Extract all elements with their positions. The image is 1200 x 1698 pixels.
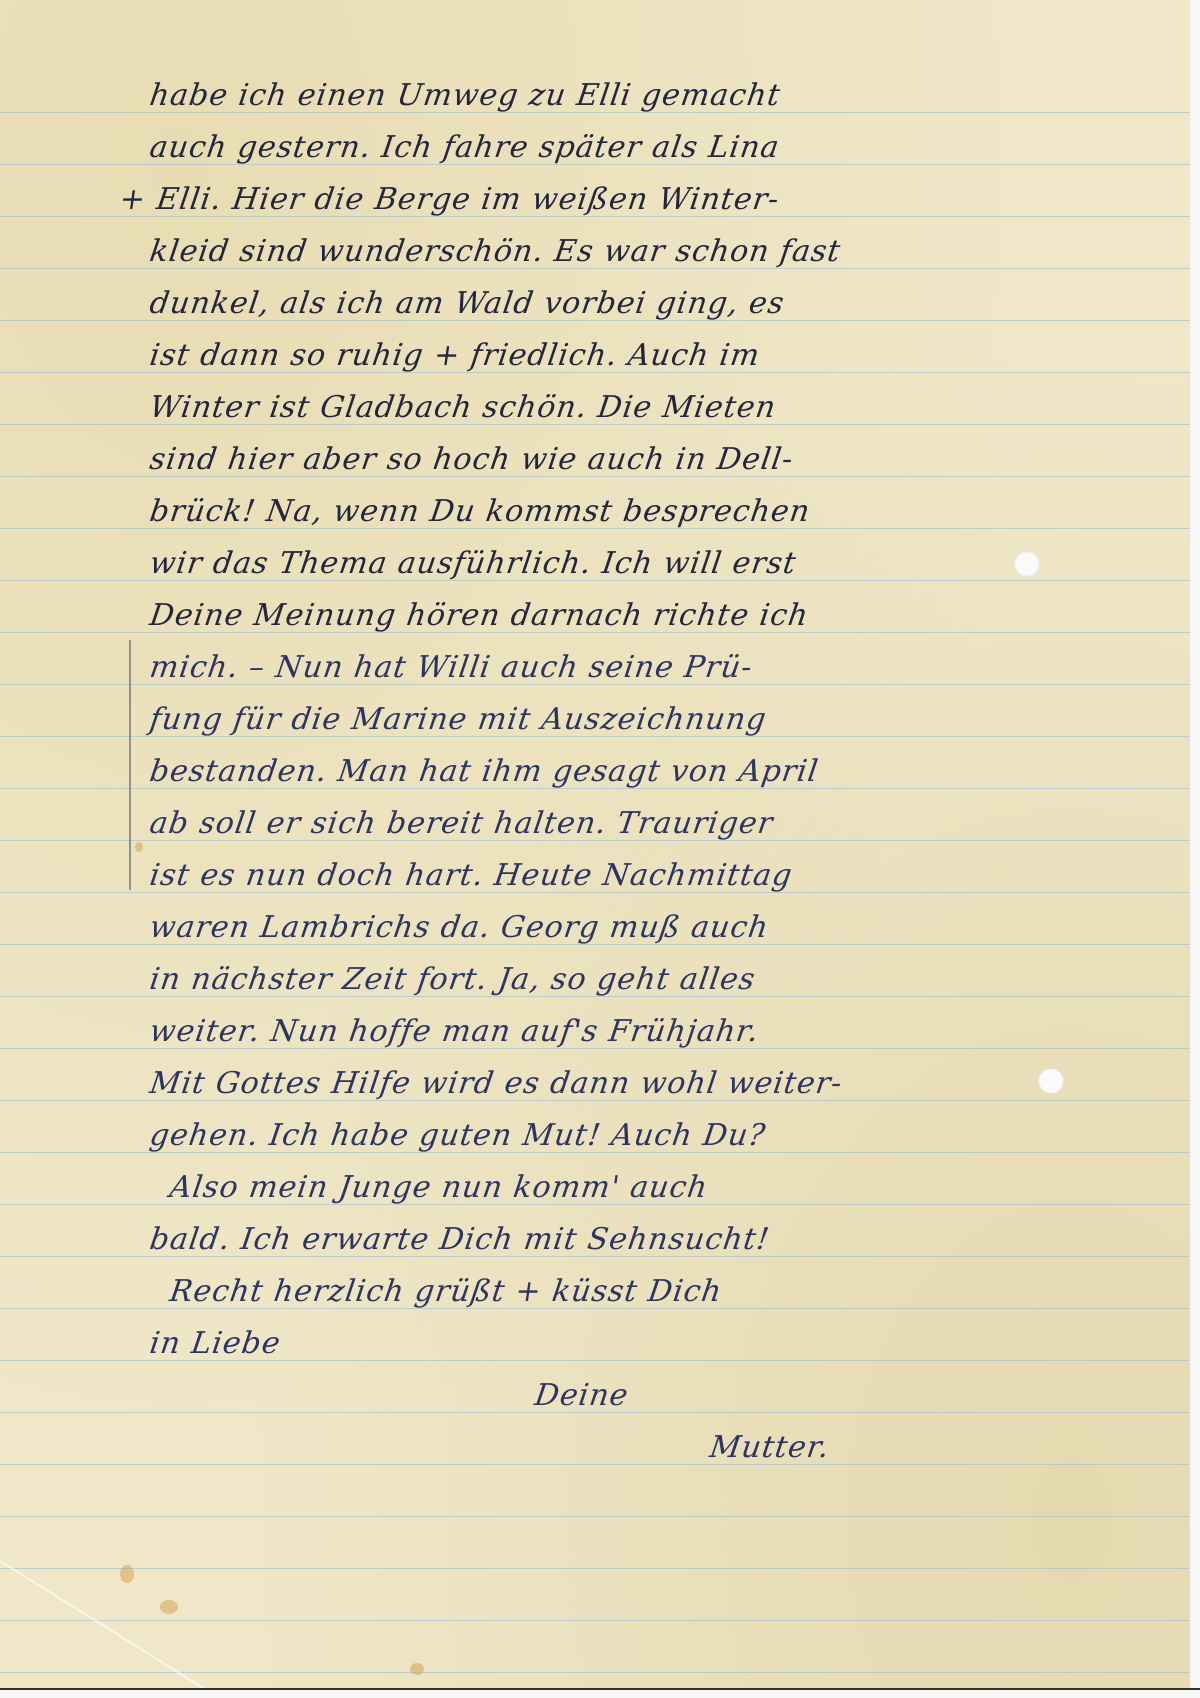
fold-crease	[0, 1560, 204, 1689]
letter-line: weiter. Nun hoffe man auf's Frühjahr.	[148, 1014, 762, 1049]
letter-line: Recht herzlich grüßt + küsst Dich	[168, 1274, 725, 1309]
punch-hole	[1038, 1068, 1064, 1094]
letter-line: in Liebe	[148, 1326, 284, 1361]
stain	[410, 1663, 424, 1675]
letter-line: Deine Meinung hören darnach richte ich	[148, 598, 811, 633]
letter-line: fung für die Marine mit Auszeichnung	[148, 702, 769, 737]
letter-line: + Elli. Hier die Berge im weißen Winter-	[118, 182, 782, 217]
letter-line: mich. – Nun hat Willi auch seine Prü-	[148, 650, 755, 685]
letter-closing: Deine	[533, 1378, 631, 1413]
letter-line: ist es nun doch hart. Heute Nachmittag	[148, 858, 795, 893]
letter-line: bald. Ich erwarte Dich mit Sehnsucht!	[148, 1222, 773, 1257]
letter-line: Winter ist Gladbach schön. Die Mieten	[148, 390, 779, 425]
ruled-line	[0, 1620, 1190, 1621]
ruled-line	[0, 1464, 1190, 1465]
letter-line: sind hier aber so hoch wie auch in Dell-	[148, 442, 796, 477]
punch-hole	[1014, 551, 1040, 577]
stain	[160, 1600, 178, 1614]
letter-signature: Mutter.	[708, 1430, 832, 1465]
letter-line: habe ich einen Umweg zu Elli gemacht	[148, 78, 783, 113]
stain	[120, 1565, 134, 1583]
letter-page: habe ich einen Umweg zu Elli gemacht auc…	[0, 0, 1190, 1690]
letter-line: bestanden. Man hat ihm gesagt von April	[148, 754, 821, 789]
letter-line: Mit Gottes Hilfe wird es dann wohl weite…	[148, 1066, 845, 1101]
ruled-line	[0, 1516, 1190, 1517]
margin-line	[129, 640, 131, 890]
letter-line: Also mein Junge nun komm' auch	[168, 1170, 711, 1205]
scan-edge-bottom	[0, 1688, 1200, 1698]
letter-line: in nächster Zeit fort. Ja, so geht alles	[148, 962, 758, 997]
letter-line: waren Lambrichs da. Georg muß auch	[148, 910, 772, 945]
letter-line: wir das Thema ausführlich. Ich will erst	[148, 546, 799, 581]
stain	[135, 842, 143, 852]
letter-line: dunkel, als ich am Wald vorbei ging, es	[148, 286, 787, 321]
letter-line: ab soll er sich bereit halten. Trauriger	[148, 806, 776, 841]
letter-line: gehen. Ich habe guten Mut! Auch Du?	[148, 1118, 769, 1153]
ruled-line	[0, 1568, 1190, 1569]
scan-edge	[1190, 0, 1200, 1698]
letter-line: auch gestern. Ich fahre später als Lina	[148, 130, 782, 165]
letter-line: ist dann so ruhig + friedlich. Auch im	[148, 338, 763, 373]
letter-line: brück! Na, wenn Du kommst besprechen	[148, 494, 813, 529]
letter-line: kleid sind wunderschön. Es war schon fas…	[148, 234, 844, 269]
